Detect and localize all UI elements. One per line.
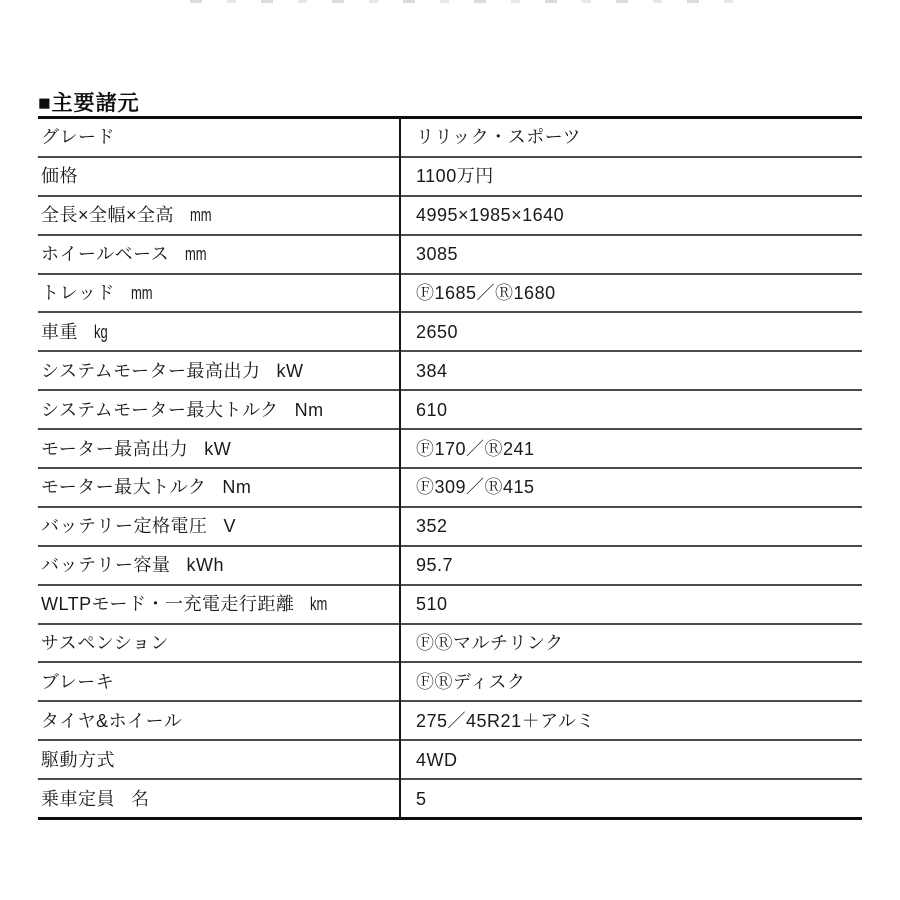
spec-label: モーター最大トルク [41,478,206,496]
spec-label-cell: 乗車定員 名 [38,780,399,817]
spec-label-cell: システムモーター最大トルク Nm [38,391,399,428]
spec-value-cell: Ⓕ309／Ⓡ415 [399,469,862,506]
spec-label: 乗車定員 [41,790,115,808]
spec-value: 4995×1985×1640 [416,206,564,224]
spec-label: バッテリー容量 [41,556,171,574]
spec-label-cell: グレード [38,119,399,156]
table-row: ホイールベース mm 3085 [38,236,862,275]
table-row: バッテリー定格電圧 V 352 [38,508,862,547]
spec-value: 275／45R21＋アルミ [416,712,595,730]
table-row: 車重 kg 2650 [38,313,862,352]
spec-label-cell: モーター最高出力 kW [38,430,399,467]
spec-value-cell: 384 [399,352,862,389]
spec-unit: Nm [222,478,251,496]
spec-label: モーター最高出力 [41,440,188,458]
spec-value-cell: Ⓕ1685／Ⓡ1680 [399,275,862,312]
spec-label: システムモーター最高出力 [41,362,260,380]
spec-label: トレッド [41,284,115,302]
spec-value: 3085 [416,245,458,263]
spec-value: 5 [416,790,427,808]
spec-value: Ⓕ170／Ⓡ241 [416,440,535,458]
spec-label-cell: ブレーキ [38,663,399,700]
table-row: 駆動方式 4WD [38,741,862,780]
spec-label: グレード [41,128,115,146]
spec-value: 384 [416,362,448,380]
spec-value-cell: リリック・スポーツ [399,119,862,156]
spec-value-cell: 5 [399,780,862,817]
table-row: 全長×全幅×全高 mm 4995×1985×1640 [38,197,862,236]
spec-table-rows: グレード リリック・スポーツ 価格 1100万円 全長×全幅×全高 mm 499… [38,119,862,817]
spec-value: 1100万円 [416,167,494,185]
spec-value-cell: 3085 [399,236,862,273]
spec-label: 全長×全幅×全高 [41,206,174,224]
spec-value: 510 [416,595,448,613]
spec-label-cell: サスペンション [38,625,399,662]
spec-value-cell: 510 [399,586,862,623]
spec-value-cell: 4995×1985×1640 [399,197,862,234]
spec-value: 2650 [416,323,458,341]
spec-label-cell: トレッド mm [38,275,399,312]
spec-label: システムモーター最大トルク [41,401,279,419]
cropped-text-artifact [190,0,735,3]
spec-value-cell: 275／45R21＋アルミ [399,702,862,739]
spec-value-cell: 610 [399,391,862,428]
spec-value-cell: 352 [399,508,862,545]
spec-label-cell: バッテリー定格電圧 V [38,508,399,545]
table-row: システムモーター最大トルク Nm 610 [38,391,862,430]
table-row: 乗車定員 名 5 [38,780,862,817]
spec-label-cell: システムモーター最高出力 kW [38,352,399,389]
spec-label-cell: バッテリー容量 kWh [38,547,399,584]
spec-label: バッテリー定格電圧 [41,517,208,535]
spec-label: ホイールベース [41,245,169,263]
spec-label-cell: モーター最大トルク Nm [38,469,399,506]
spec-label-cell: 価格 [38,158,399,195]
table-row: システムモーター最高出力 kW 384 [38,352,862,391]
spec-unit: mm [190,206,212,224]
spec-value: ⒻⓇマルチリンク [416,634,564,652]
spec-value: 352 [416,517,448,535]
spec-label: WLTPモード・一充電走行距離 [41,595,294,613]
spec-value-cell: 1100万円 [399,158,862,195]
spec-label-cell: ホイールベース mm [38,236,399,273]
spec-label: 車重 [41,323,78,341]
spec-unit: Nm [295,401,324,419]
spec-unit: kWh [187,556,225,574]
table-row: 価格 1100万円 [38,158,862,197]
spec-unit: mm [185,245,207,263]
spec-unit: km [310,595,327,613]
spec-label: 駆動方式 [41,751,115,769]
table-row: WLTPモード・一充電走行距離 km 510 [38,586,862,625]
spec-value: Ⓕ1685／Ⓡ1680 [416,284,556,302]
spec-unit: V [224,517,237,535]
spec-label: サスペンション [41,634,169,652]
spec-value: Ⓕ309／Ⓡ415 [416,478,535,496]
spec-value-cell: 2650 [399,313,862,350]
table-row: モーター最高出力 kW Ⓕ170／Ⓡ241 [38,430,862,469]
table-row: モーター最大トルク Nm Ⓕ309／Ⓡ415 [38,469,862,508]
table-row: ブレーキ ⒻⓇディスク [38,663,862,702]
spec-unit: kW [204,440,231,458]
spec-value: リリック・スポーツ [416,128,581,146]
table-row: グレード リリック・スポーツ [38,119,862,158]
spec-label-cell: WLTPモード・一充電走行距離 km [38,586,399,623]
spec-unit: mm [131,284,153,302]
spec-label: 価格 [41,167,78,185]
page-title: ■主要諸元 [38,91,140,116]
table-row: サスペンション ⒻⓇマルチリンク [38,625,862,664]
table-row: バッテリー容量 kWh 95.7 [38,547,862,586]
spec-value-cell: ⒻⓇディスク [399,663,862,700]
spec-label: タイヤ&ホイール [41,712,182,730]
spec-value: ⒻⓇディスク [416,673,526,691]
spec-label-cell: 全長×全幅×全高 mm [38,197,399,234]
spec-value: 95.7 [416,556,453,574]
spec-label: ブレーキ [41,673,114,691]
spec-unit: 名 [131,790,150,808]
table-row: トレッド mm Ⓕ1685／Ⓡ1680 [38,275,862,314]
spec-value-cell: Ⓕ170／Ⓡ241 [399,430,862,467]
spec-label-cell: タイヤ&ホイール [38,702,399,739]
spec-unit: kg [94,323,108,341]
spec-table: グレード リリック・スポーツ 価格 1100万円 全長×全幅×全高 mm 499… [38,116,862,820]
spec-label-cell: 車重 kg [38,313,399,350]
spec-value-cell: ⒻⓇマルチリンク [399,625,862,662]
spec-value-cell: 95.7 [399,547,862,584]
spec-value: 610 [416,401,448,419]
spec-value-cell: 4WD [399,741,862,778]
spec-unit: kW [276,362,303,380]
column-divider [399,119,401,817]
spec-label-cell: 駆動方式 [38,741,399,778]
table-row: タイヤ&ホイール 275／45R21＋アルミ [38,702,862,741]
spec-value: 4WD [416,751,458,769]
